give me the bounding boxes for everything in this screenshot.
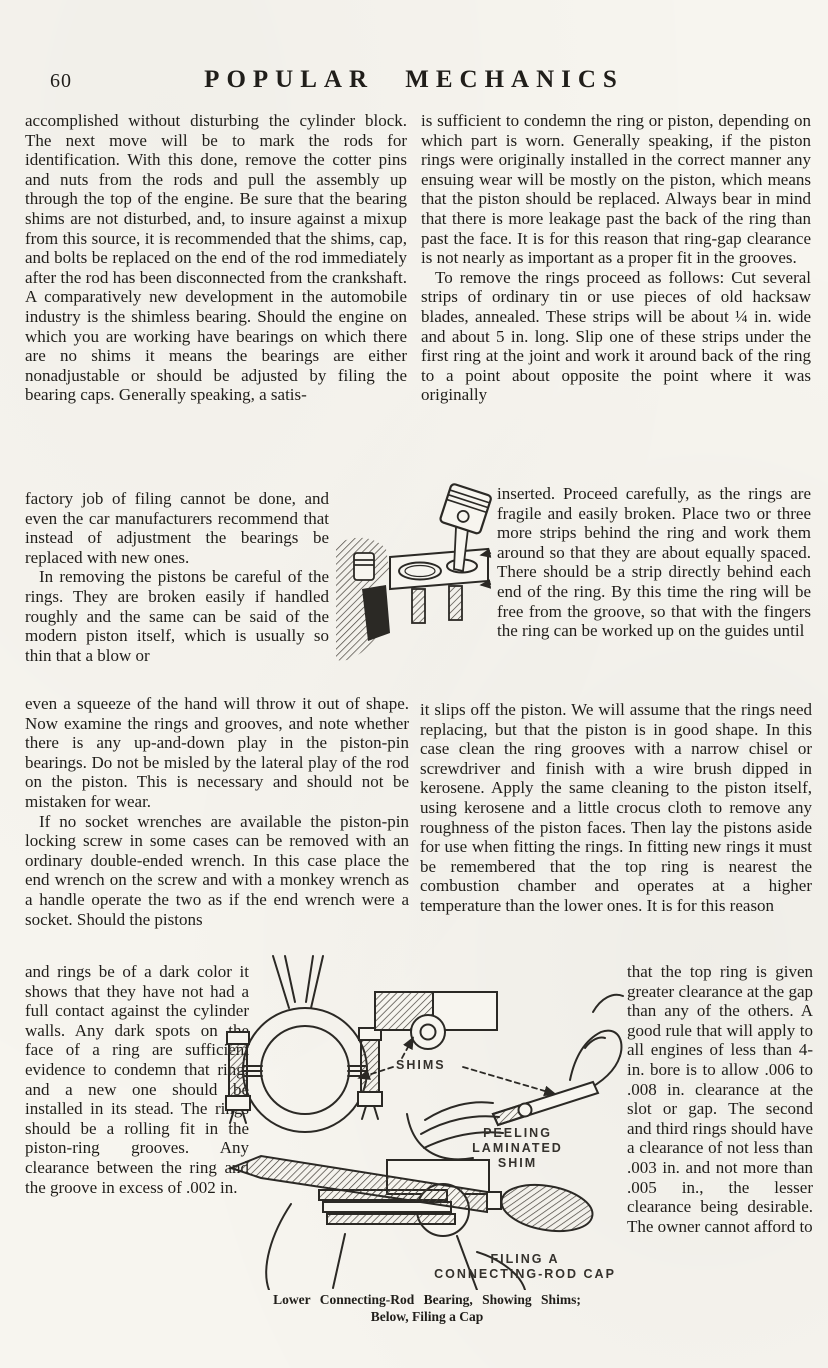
article-paragraph: even a squeeze of the hand will throw it… (25, 694, 409, 812)
figure-label-peeling-line1: PEELING (455, 1126, 580, 1141)
figure-label-filing: FILING A CONNECTING-ROD CAP (430, 1252, 620, 1282)
magazine-title: POPULAR MECHANICS (0, 66, 828, 94)
shims-arrow-right (463, 1067, 555, 1094)
second-piston (354, 553, 374, 580)
left-column-block-3: even a squeeze of the hand will throw it… (25, 694, 409, 929)
article-paragraph: If no socket wrenches are available the … (25, 812, 409, 930)
figure-label-shims: SHIMS (396, 1058, 466, 1073)
left-column-block-2: factory job of filing cannot be done, an… (25, 489, 329, 665)
piston (440, 483, 492, 534)
figure-label-filing-line1: FILING A (430, 1252, 620, 1267)
article-paragraph: In removing the pistons be careful of th… (25, 567, 329, 665)
figure-label-peeling: PEELING LAMINATED SHIM (455, 1126, 580, 1171)
right-column-block-4: that the top ring is given greater clear… (627, 962, 813, 1236)
file-handle (498, 1178, 596, 1237)
article-paragraph: factory job of filing cannot be done, an… (25, 489, 329, 567)
article-paragraph: inserted. Proceed carefully, as the ring… (497, 484, 811, 641)
right-column-block-3: it slips off the piston. We will assume … (420, 700, 812, 916)
figure-caption: Lower Connecting-Rod Bearing, Showing Sh… (228, 1291, 626, 1325)
left-column-block-4: and rings be of a dark color it shows th… (25, 962, 249, 1197)
bearing-bolt-left (226, 1032, 250, 1123)
piston-removal-illustration (332, 483, 492, 688)
stud-right (449, 586, 462, 620)
stud-left (412, 589, 425, 623)
cylinder-block-deck (390, 549, 488, 589)
bearing-bore (261, 1026, 349, 1114)
figure-label-peeling-line2: LAMINATED (455, 1141, 580, 1156)
article-paragraph: that the top ring is given greater clear… (627, 962, 813, 1236)
bearing-bolt-right (358, 1028, 382, 1119)
figure-label-peeling-line3: SHIM (455, 1156, 580, 1171)
figure-label-filing-line2: CONNECTING-ROD CAP (430, 1267, 620, 1282)
right-hand (570, 995, 623, 1092)
right-column-block-2: inserted. Proceed carefully, as the ring… (497, 484, 811, 641)
article-paragraph: accomplished without disturbing the cyli… (25, 111, 407, 405)
article-paragraph: is sufficient to condemn the ring or pis… (421, 111, 811, 268)
shims-arrow-up (402, 1038, 413, 1058)
magazine-page: 60 POPULAR MECHANICS accomplished withou… (0, 0, 828, 1368)
article-paragraph: To remove the rings proceed as follows: … (421, 268, 811, 405)
article-paragraph: it slips off the piston. We will assume … (420, 700, 812, 916)
pointer-arrow (481, 584, 491, 585)
shim-plate (375, 992, 497, 1049)
bearing-shims-illustration (225, 952, 625, 1290)
article-paragraph: and rings be of a dark color it shows th… (25, 962, 249, 1197)
figure-caption-line1: Lower Connecting-Rod Bearing, Showing Sh… (228, 1291, 626, 1308)
laminated-shim (493, 1082, 598, 1125)
figure-caption-line2: Below, Filing a Cap (228, 1308, 626, 1325)
right-column-block-1: is sufficient to condemn the ring or pis… (421, 111, 811, 405)
left-column-block-1: accomplished without disturbing the cyli… (25, 111, 407, 405)
